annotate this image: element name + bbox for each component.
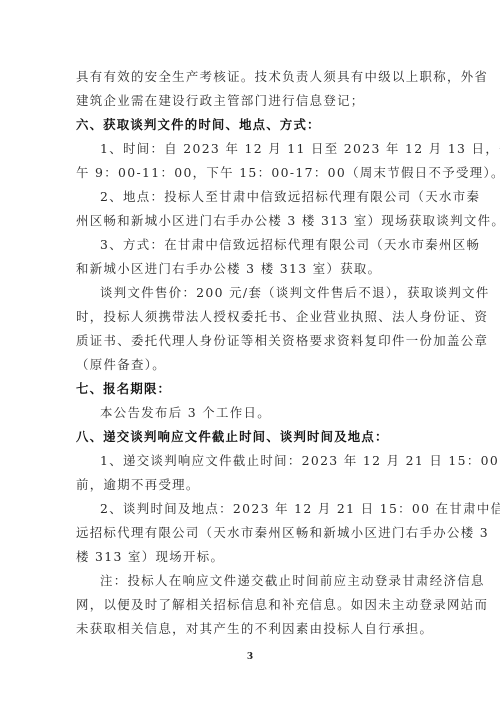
body-line: 2、地点：投标人至甘肃中信致远招标代理有限公司（天水市秦 [76, 185, 425, 209]
section-heading-7: 七、报名期限： [76, 377, 425, 401]
body-line: 本公告发布后 3 个工作日。 [76, 401, 425, 425]
body-line: 1、递交谈判响应文件截止时间：2023 年 12 月 21 日 15：00 之 [76, 449, 425, 473]
note-line: 网，以便及时了解相关招标信息和补充信息。如因未主动登录网站而 [76, 593, 425, 617]
document-page: 具有有效的安全生产考核证。技术负责人须具有中级以上职称，外省 建筑企业需在建设行… [76, 65, 425, 641]
body-line: 2、谈判时间及地点：2023 年 12 月 21 日 15：00 在甘肃中信致 [76, 497, 425, 521]
note-line: 注：投标人在响应文件递交截止时间前应主动登录甘肃经济信息 [76, 569, 425, 593]
section-heading-6: 六、获取谈判文件的时间、地点、方式： [76, 113, 425, 137]
body-line: 建筑企业需在建设行政主管部门进行信息登记； [76, 89, 425, 113]
body-line: 州区畅和新城小区进门右手办公楼 3 楼 313 室）现场获取谈判文件。 [76, 209, 425, 233]
body-line: 时，投标人须携带法人授权委托书、企业营业执照、法人身份证、资 [76, 305, 425, 329]
body-line: 前，逾期不再受理。 [76, 473, 425, 497]
body-line: 和新城小区进门右手办公楼 3 楼 313 室）获取。 [76, 257, 425, 281]
body-line: 午 9：00-11：00，下午 15：00-17：00（周末节假日不予受理）。 [76, 161, 425, 185]
body-line: 远招标代理有限公司（天水市秦州区畅和新城小区进门右手办公楼 3 [76, 521, 425, 545]
section-heading-8: 八、递交谈判响应文件截止时间、谈判时间及地点： [76, 425, 425, 449]
body-line: 谈判文件售价：200 元/套（谈判文件售后不退），获取谈判文件 [76, 281, 425, 305]
body-line: 3、方式：在甘肃中信致远招标代理有限公司（天水市秦州区畅 [76, 233, 425, 257]
note-line: 未获取相关信息，对其产生的不利因素由投标人自行承担。 [76, 617, 425, 641]
body-line: （原件备查）。 [76, 353, 425, 377]
body-line: 1、时间：自 2023 年 12 月 11 日至 2023 年 12 月 13 … [76, 137, 425, 161]
body-line: 楼 313 室）现场开标。 [76, 545, 425, 569]
body-line: 质证书、委托代理人身份证等相关资格要求资料复印件一份加盖公章 [76, 329, 425, 353]
page-number: 3 [244, 652, 256, 662]
body-line: 具有有效的安全生产考核证。技术负责人须具有中级以上职称，外省 [76, 65, 425, 89]
